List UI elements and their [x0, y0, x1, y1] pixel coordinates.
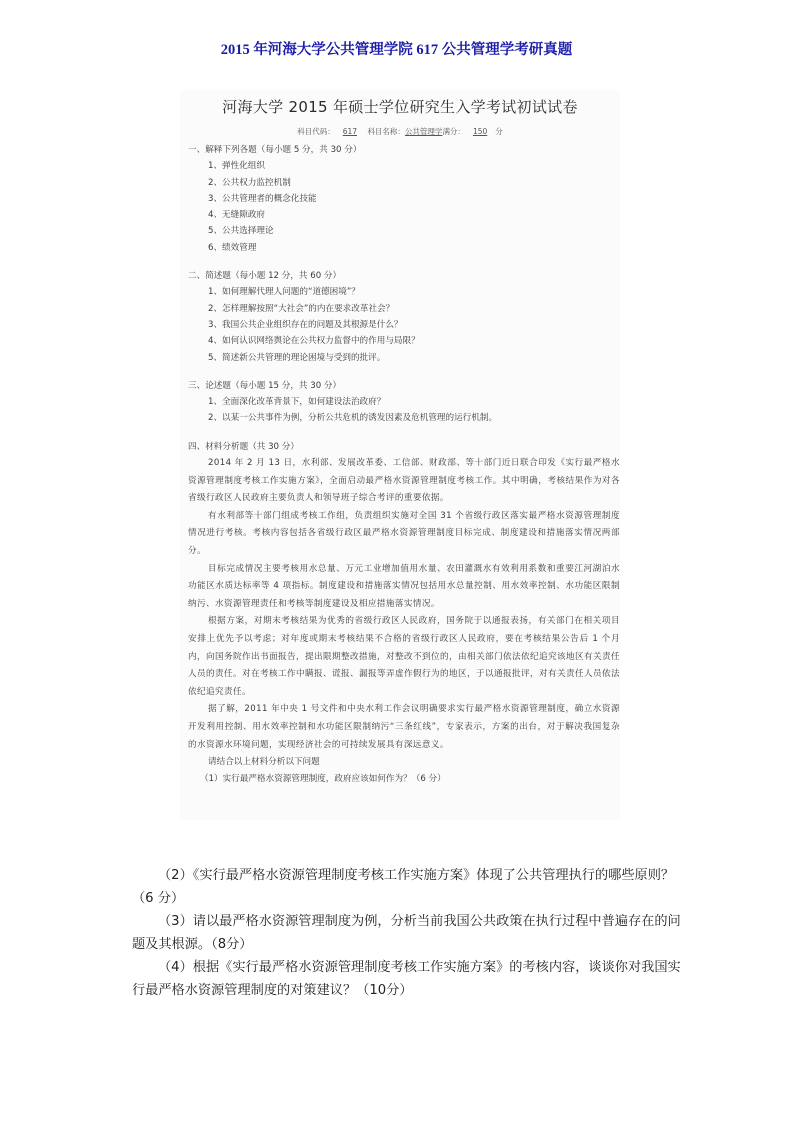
section-heading-1: 一、解释下列各题（每小题 5 分，共 30 分）: [188, 142, 620, 158]
question-item: 3、公共管理者的概念化技能: [208, 191, 620, 207]
question-item: 5、简述新公共管理的理论困境与受到的批评。: [208, 350, 620, 366]
page-title: 2015 年河海大学公共管理学院 617 公共管理学考研真题: [0, 38, 793, 59]
full-score-label: 满分：: [442, 127, 465, 136]
material-paragraph: 有水利部等十部门组成考核工作组，负责组织实施对全国 31 个省级行政区落实最严格…: [188, 508, 620, 561]
sub-question-4: （4）根据《实行最严格水资源管理制度考核工作实施方案》的考核内容，谈谈你对我国实…: [132, 956, 684, 1002]
question-intro: 请结合以上材料分析以下问题: [208, 754, 620, 771]
section-heading-4: 四、材料分析题（共 30 分）: [188, 439, 620, 455]
material-paragraph: 根据方案，对期末考核结果为优秀的省级行政区人民政府，国务院于以通报表扬，有关部门…: [188, 613, 620, 701]
question-item: 4、如何认识网络舆论在公共权力监督中的作用与局限？: [208, 333, 620, 349]
material-paragraph: 据了解，2011 年中央 1 号文件和中央水利工作会议明确要求实行最严格水资源管…: [188, 701, 620, 754]
question-item: 2、以某一公共事件为例，分析公共危机的诱发因素及危机管理的运行机制。: [208, 410, 620, 426]
section-heading-3: 三、论述题（每小题 15 分，共 30 分）: [188, 378, 620, 394]
question-item: 3、我国公共企业组织存在的问题及其根源是什么？: [208, 317, 620, 333]
sub-question-3: （3）请以最严格水资源管理制度为例，分析当前我国公共政策在执行过程中普遍存在的问…: [132, 910, 684, 956]
exam-title: 河海大学 2015 年硕士学位研究生入学考试初试试卷: [180, 96, 620, 117]
question-item: 1、如何理解代理人问题的“道德困境”？: [208, 284, 620, 300]
subject-name: 公共管理学: [405, 127, 443, 136]
question-item: 1、弹性化组织: [208, 158, 620, 174]
sub-question-2: （2）《实行最严格水资源管理制度考核工作实施方案》体现了公共管理执行的哪些原则？…: [132, 864, 684, 910]
material-paragraph: 目标完成情况主要考核用水总量、万元工业增加值用水量、农田灌溉水有效利用系数和重要…: [188, 561, 620, 614]
question-item: 1、全面深化改革背景下，如何建设法治政府？: [208, 394, 620, 410]
sub-question-1: （1）实行最严格水资源管理制度，政府应该如何作为？（6 分）: [200, 771, 620, 788]
exam-body: 一、解释下列各题（每小题 5 分，共 30 分） 1、弹性化组织 2、公共权力监…: [188, 142, 620, 788]
subject-code: 617: [335, 127, 365, 136]
subject-code-label: 科目代码：: [297, 127, 335, 136]
question-item: 6、绩效管理: [208, 240, 620, 256]
question-item: 4、无缝隙政府: [208, 207, 620, 223]
full-score: 150: [465, 127, 495, 136]
scanned-exam-page: 河海大学 2015 年硕士学位研究生入学考试初试试卷 科目代码：617 科目名称…: [180, 90, 620, 820]
subject-name-label: 科目名称：: [367, 127, 405, 136]
question-item: 2、怎样理解按照“大社会”的内在要求改革社会？: [208, 301, 620, 317]
section-heading-2: 二、简述题（每小题 12 分，共 60 分）: [188, 268, 620, 284]
question-item: 2、公共权力监控机制: [208, 175, 620, 191]
question-item: 5、公共选择理论: [208, 223, 620, 239]
full-score-unit: 分: [495, 127, 503, 136]
material-paragraph: 2014 年 2 月 13 日，水利部、发展改革委、工信部、财政部、等十部门近日…: [188, 455, 620, 508]
typed-questions: （2）《实行最严格水资源管理制度考核工作实施方案》体现了公共管理执行的哪些原则？…: [132, 864, 684, 1002]
exam-meta: 科目代码：617 科目名称：公共管理学满分：150分: [180, 126, 620, 137]
